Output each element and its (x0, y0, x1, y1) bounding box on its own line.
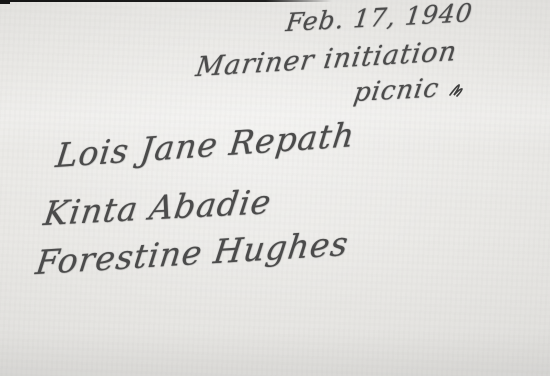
pencil-scribble-flourish (449, 84, 463, 97)
handwritten-name: Lois Jane Repath (54, 115, 358, 175)
handwritten-note-card: Feb. 17, 1940 Mariner initiation picnic … (0, 0, 550, 376)
handwritten-date: Feb. 17, 1940 (284, 0, 474, 37)
handwritten-event-caption-line2: picnic (352, 73, 442, 108)
scan-edge-line (0, 0, 332, 2)
handwritten-name: Kinta Abadie (41, 182, 274, 233)
handwritten-name: Forestine Hughes (33, 224, 351, 283)
